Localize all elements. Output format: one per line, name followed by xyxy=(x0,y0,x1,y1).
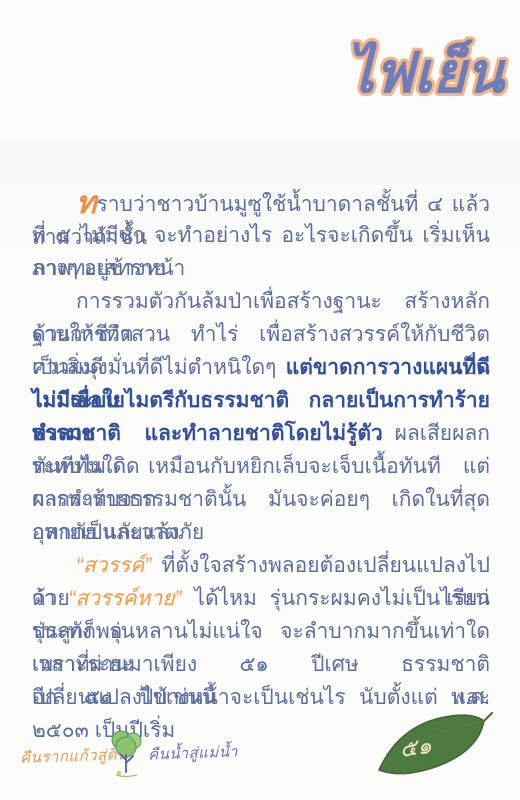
text-segment-normal: อุทกภัย และวาตภัย xyxy=(32,521,204,544)
text-line-14: ประทัง รุ่นหลานไม่แน่ใจ จะลำบากมากขึ้นเท… xyxy=(32,615,490,648)
text-line-5: ด้วยการทำสวน ทำไร่ เพื่อสร้างสวรรค์ให้กั… xyxy=(32,318,490,351)
dropcap-letter: ท xyxy=(76,185,96,220)
text-segment-normal: ว่า xyxy=(32,587,68,610)
text-line-2: ที่ ๕ ไม่มีน้ำ จะทำอย่างไร อะไรจะเกิดขึ้… xyxy=(32,219,490,252)
text-line-15: เวลาที่ผ่านมาเพียง ๕๑ ปีเศษ ธรรมชาติเปลี… xyxy=(32,648,490,681)
text-line-13: ว่า “สวรรค์หาย” ได้ไหม รุ่นกระผมคงไม่เป็… xyxy=(32,582,490,615)
text-line-3: ลางๆ อยู่ข้างหน้า xyxy=(32,252,490,285)
text-line-8: ธรรมชาติ และทำลายชาติโดยไม่รู้ตัว ผลเสีย… xyxy=(32,417,490,450)
text-line-7: ไม่มีเยื่อใยไมตรีกับธรรมชาติ กลายเป็นการ… xyxy=(32,384,490,417)
text-line-11: อุทกภัย และวาตภัย xyxy=(32,516,490,549)
chapter-title-wrap: ไฟเย็น xyxy=(322,14,512,114)
text-segment-accent: “สวรรค์หาย” xyxy=(68,587,181,610)
page-number: ๕๑ xyxy=(398,733,434,762)
body-text-column: ทราบว่าชาวบ้านมูซูใช้น้ำบาดาลชั้นที่ ๔ แ… xyxy=(32,186,490,714)
text-line-6: ความมุ่งมั่นที่ดีไม่ตำหนิใดๆ แต่ขาดการวา… xyxy=(32,351,490,384)
text-segment-normal: ลางๆ อยู่ข้างหน้า xyxy=(32,257,185,280)
footer-slogan-right: คืนน้ำสู่แม่น้ำ xyxy=(148,739,239,766)
text-line-1: ทราบว่าชาวบ้านมูซูใช้น้ำบาดาลชั้นที่ ๔ แ… xyxy=(32,186,490,219)
text-segment-bold: ธรรมชาติ และทำลายชาติโดยไม่รู้ตัว xyxy=(32,422,383,445)
text-line-12: “สวรรค์” ที่ตั้งใจสร้างพลอยต้องเปลี่ยนแป… xyxy=(32,549,490,582)
text-line-10: การทำร้ายธรรมชาตินั้น มันจะค่อยๆ เกิดในท… xyxy=(32,483,490,516)
book-page: ไฟเย็น ทราบว่าชาวบ้านมูซูใช้น้ำบาดาลชั้น… xyxy=(0,0,520,800)
leaf-icon: ๕๑ xyxy=(372,706,494,790)
text-line-4: การรวมตัวกันล้มป่าเพื่อสร้างฐานะ สร้างหล… xyxy=(32,285,490,318)
tree-icon xyxy=(110,726,144,780)
page-title: ไฟเย็น xyxy=(346,39,507,105)
text-segment-normal: ความมุ่งมั่นที่ดีไม่ตำหนิใดๆ xyxy=(32,356,286,379)
text-segment-accent: “สวรรค์” xyxy=(76,554,151,577)
chapter-title-art: ไฟเย็น xyxy=(322,14,512,114)
text-line-9: ทันทีทันใด เหมือนกับหยิกเล็บจะเจ็บเนื้อท… xyxy=(32,450,490,483)
